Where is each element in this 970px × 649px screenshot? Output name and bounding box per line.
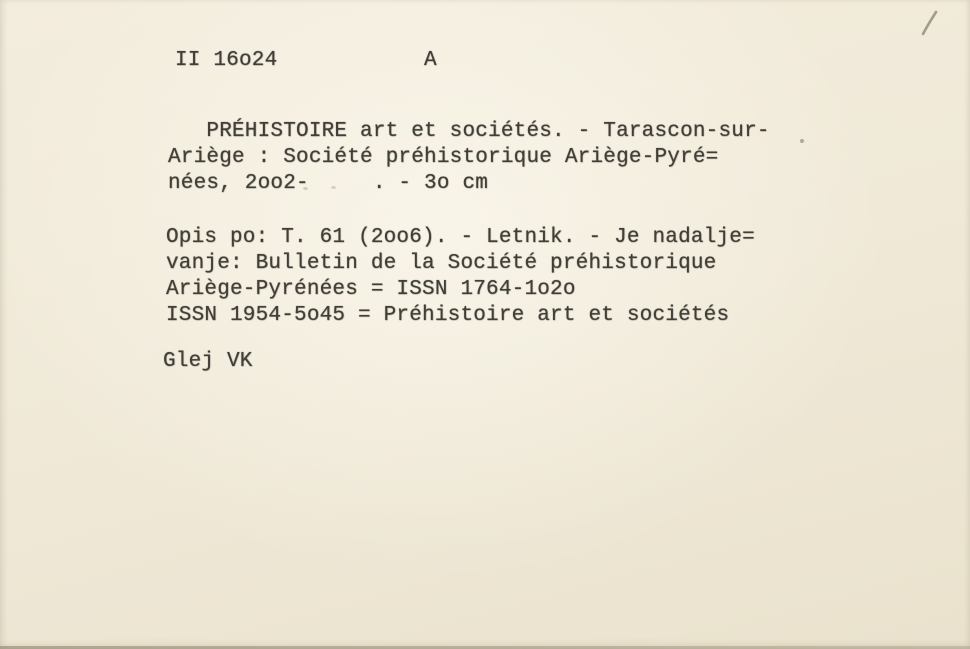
ink-speck <box>800 139 804 143</box>
section-letter: A <box>424 48 437 74</box>
notes-paragraph: Opis po: T. 61 (2oo6). - Letnik. - Je na… <box>166 225 755 329</box>
reference-note: Glej VK <box>163 349 253 375</box>
catalog-card: II 16o24 A PRÉHISTOIRE art et sociétés. … <box>0 0 970 649</box>
ink-speck <box>303 187 308 190</box>
ink-speck <box>331 186 336 189</box>
title-paragraph: PRÉHISTOIRE art et sociétés. - Tarascon-… <box>168 119 770 197</box>
pencil-slash-mark <box>905 4 949 48</box>
call-number: II 16o24 <box>175 48 277 74</box>
